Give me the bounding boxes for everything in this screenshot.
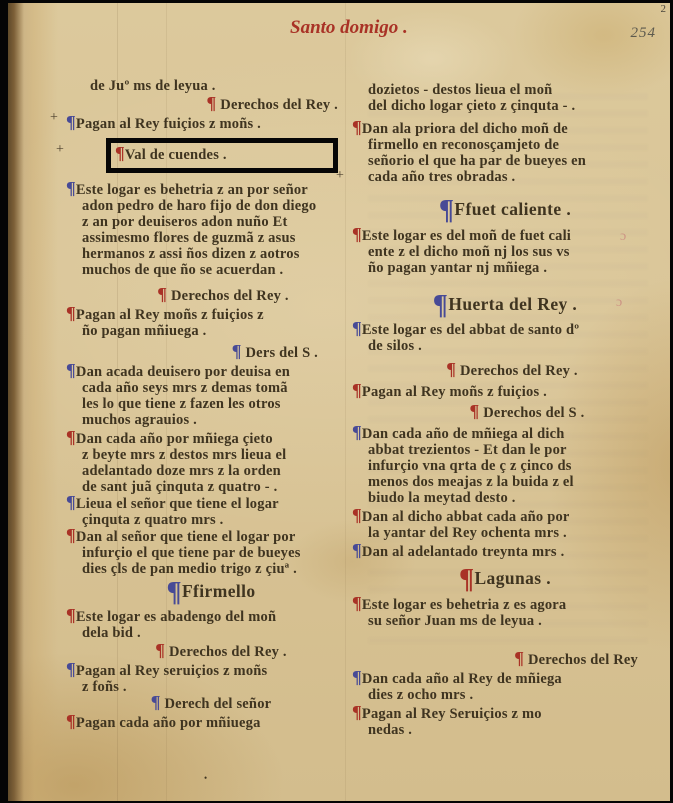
manuscript-paragraph: ¶Dan cada año al Rey de mñiega dies z oc…: [352, 670, 642, 703]
header-text: Derechos del Rey .: [460, 363, 578, 379]
header-text: Derech del señor: [164, 696, 271, 712]
paragraph-text: Dan cada año por mñiega çieto z beyte mr…: [76, 431, 286, 495]
section-header: ¶ Derechos del Rey .: [66, 643, 340, 660]
pilcrow-icon: ¶: [514, 648, 524, 668]
ink-dot: •: [204, 773, 207, 783]
place-name: Lagunas .: [474, 568, 551, 588]
pilcrow-icon: ¶: [66, 112, 76, 132]
manuscript-paragraph: ¶Pagan al Rey moñs z fuiçios .: [352, 383, 642, 400]
pilcrow-icon: ¶: [352, 380, 362, 400]
paragraph-text: Dan cada año al Rey de mñiega dies z och…: [362, 671, 562, 703]
paraph-icon: ¶: [433, 290, 449, 321]
line-text: dozietos - destos lieua el moñ del dicho…: [368, 82, 575, 114]
manuscript-paragraph: ¶Dan acada deuisero por deuisa en cada a…: [66, 363, 340, 428]
pilcrow-icon: ¶: [66, 427, 76, 447]
paragraph-text: Pagan al Rey moñs z fuiçios .: [362, 384, 547, 400]
header-text: Ders del S .: [246, 345, 318, 361]
pilcrow-icon: ¶: [207, 93, 217, 113]
paragraph-text: Pagan al Rey moñs z fuiçios z ño pagan m…: [76, 307, 264, 339]
pilcrow-icon: ¶: [352, 224, 362, 244]
section-header: ¶ Derech del señor: [66, 695, 340, 712]
place-header: ¶Ffirmello: [66, 583, 340, 600]
pilcrow-icon: ¶: [352, 667, 362, 687]
pilcrow-icon: ¶: [352, 540, 362, 560]
manuscript-paragraph: ¶Pagan al Rey fuiçios z moñs .: [66, 115, 340, 132]
pilcrow-icon: ¶: [66, 492, 76, 512]
paragraph-text: Dan al señor que tiene el logar por infu…: [76, 529, 301, 577]
section-header: ¶ Derechos del S .: [352, 404, 642, 421]
paragraph-text: Dan cada año de mñiega al dich abbat tre…: [362, 426, 574, 506]
running-title: Santo domigo .: [290, 17, 408, 39]
paragraph-text: Este logar es abadengo del moñ dela bid …: [76, 609, 276, 641]
paragraph-text: Este logar es del abbat de santo dº de s…: [362, 322, 579, 354]
manuscript-scan: Santo domigo . 254 2 + + + ɔ ɔ • de Juº …: [0, 0, 673, 803]
header-text: Derechos del Rey .: [220, 97, 338, 113]
line-text: de Juº ms de leyua .: [90, 78, 216, 94]
corner-numeral: 2: [661, 3, 667, 15]
manuscript-paragraph: ¶Dan cada año por mñiega çieto z beyte m…: [66, 430, 340, 495]
paragraph-text: Lieua el señor que tiene el logar çinqut…: [76, 496, 279, 528]
manuscript-paragraph: ¶Este logar es behetria z es agora su se…: [352, 596, 642, 629]
pilcrow-icon: ¶: [66, 605, 76, 625]
right-column: dozietos - destos lieua el moñ del dicho…: [352, 82, 642, 738]
place-header: ¶Lagunas .: [352, 570, 642, 587]
pilcrow-icon: ¶: [157, 284, 167, 304]
pilcrow-icon: ¶: [66, 711, 76, 731]
paragraph-text: Este logar es behetria z an por señor ad…: [76, 182, 316, 278]
paragraph-text: Dan al adelantado treynta mrs .: [362, 544, 565, 560]
pilcrow-icon: ¶: [66, 525, 76, 545]
left-column: de Juº ms de leyua . ¶ Derechos del Rey …: [66, 78, 340, 731]
paragraph-text: Dan al dicho abbat cada año por la yanta…: [362, 509, 570, 541]
manuscript-paragraph: ¶Dan al adelantado treynta mrs .: [352, 543, 642, 560]
manuscript-paragraph: ¶Dan al dicho abbat cada año por la yant…: [352, 508, 642, 541]
place-name: Ffuet caliente .: [454, 199, 571, 219]
section-header: ¶ Derechos del Rey .: [352, 362, 642, 379]
header-text: Derechos del Rey .: [171, 288, 289, 304]
manuscript-paragraph: ¶Pagan al Rey moñs z fuiçios z ño pagan …: [66, 306, 340, 339]
paragraph-text: Pagan al Rey Seruiçios z mo nedas .: [362, 706, 542, 738]
manuscript-paragraph: ¶Pagan cada año por mñiuega: [66, 714, 340, 731]
paragraph-text: Este logar es del moñ de fuet cali ente …: [362, 228, 571, 276]
paragraph-text: Pagan cada año por mñiuega: [76, 715, 261, 731]
section-header: ¶ Derechos del Rey .: [66, 287, 340, 304]
manuscript-paragraph: ¶Lieua el señor que tiene el logar çinqu…: [66, 495, 340, 528]
continuation-text: dozietos - destos lieua el moñ del dicho…: [352, 82, 642, 114]
margin-plus-mark: +: [56, 142, 64, 158]
paraph-icon: ¶: [439, 195, 455, 226]
manuscript-paragraph: ¶Este logar es abadengo del moñ dela bid…: [66, 608, 340, 641]
pilcrow-icon: ¶: [66, 303, 76, 323]
paraph-icon: ¶: [166, 577, 182, 608]
manuscript-paragraph: ¶Dan cada año de mñiega al dich abbat tr…: [352, 425, 642, 506]
pilcrow-icon: ¶: [115, 143, 125, 163]
folio-number: 254: [631, 25, 657, 42]
section-header: ¶ Derechos del Rey .: [66, 96, 340, 113]
manuscript-paragraph: ¶Dan ala priora del dicho moñ de firmell…: [352, 120, 642, 185]
section-header: ¶ Derechos del Rey: [352, 651, 642, 668]
pilcrow-icon: ¶: [66, 659, 76, 679]
pilcrow-icon: ¶: [470, 401, 480, 421]
pilcrow-icon: ¶: [151, 692, 161, 712]
paragraph-text: Pagan al Rey fuiçios z moñs .: [76, 116, 261, 132]
pilcrow-icon: ¶: [352, 422, 362, 442]
place-name: Ffirmello: [182, 581, 256, 601]
highlight-box: ¶Val de cuendes .: [106, 138, 338, 173]
margin-plus-mark: +: [50, 110, 58, 126]
paragraph-text: Pagan al Rey seruiçios z moñs z foñs .: [76, 663, 267, 695]
pilcrow-icon: ¶: [352, 593, 362, 613]
manuscript-line: de Juº ms de leyua .: [66, 78, 340, 94]
pilcrow-icon: ¶: [352, 505, 362, 525]
paragraph-text: Dan acada deuisero por deuisa en cada añ…: [76, 364, 290, 428]
manuscript-paragraph: ¶Este logar es behetria z an por señor a…: [66, 181, 340, 278]
place-name: Huerta del Rey .: [448, 294, 577, 314]
pilcrow-icon: ¶: [352, 702, 362, 722]
place-header: ¶Huerta del Rey .: [352, 296, 642, 313]
pilcrow-icon: ¶: [66, 178, 76, 198]
pilcrow-icon: ¶: [155, 640, 165, 660]
manuscript-paragraph: ¶Pagan al Rey Seruiçios z mo nedas .: [352, 705, 642, 738]
paraph-icon: ¶: [459, 564, 475, 595]
header-text: Derechos del Rey: [528, 652, 638, 668]
manuscript-paragraph: ¶Este logar es del moñ de fuet cali ente…: [352, 227, 642, 276]
manuscript-paragraph: ¶Pagan al Rey seruiçios z moñs z foñs .: [66, 662, 340, 695]
paragraph-text: Dan ala priora del dicho moñ de firmello…: [362, 121, 586, 185]
pilcrow-icon: ¶: [232, 341, 242, 361]
pilcrow-icon: ¶: [446, 359, 456, 379]
manuscript-page: Santo domigo . 254 2 + + + ɔ ɔ • de Juº …: [8, 3, 670, 801]
header-text: Derechos del S .: [483, 405, 584, 421]
manuscript-paragraph: ¶Dan al señor que tiene el logar por inf…: [66, 528, 340, 577]
place-header: ¶Ffuet caliente .: [352, 201, 642, 218]
pilcrow-icon: ¶: [352, 318, 362, 338]
manuscript-paragraph: ¶Este logar es del abbat de santo dº de …: [352, 321, 642, 354]
paragraph-text: Este logar es behetria z es agora su señ…: [362, 597, 566, 629]
header-text: Derechos del Rey .: [169, 644, 287, 660]
pilcrow-icon: ¶: [352, 117, 362, 137]
section-header: ¶ Ders del S .: [66, 344, 340, 361]
boxed-header-text: Val de cuendes .: [125, 147, 227, 163]
pilcrow-icon: ¶: [66, 360, 76, 380]
